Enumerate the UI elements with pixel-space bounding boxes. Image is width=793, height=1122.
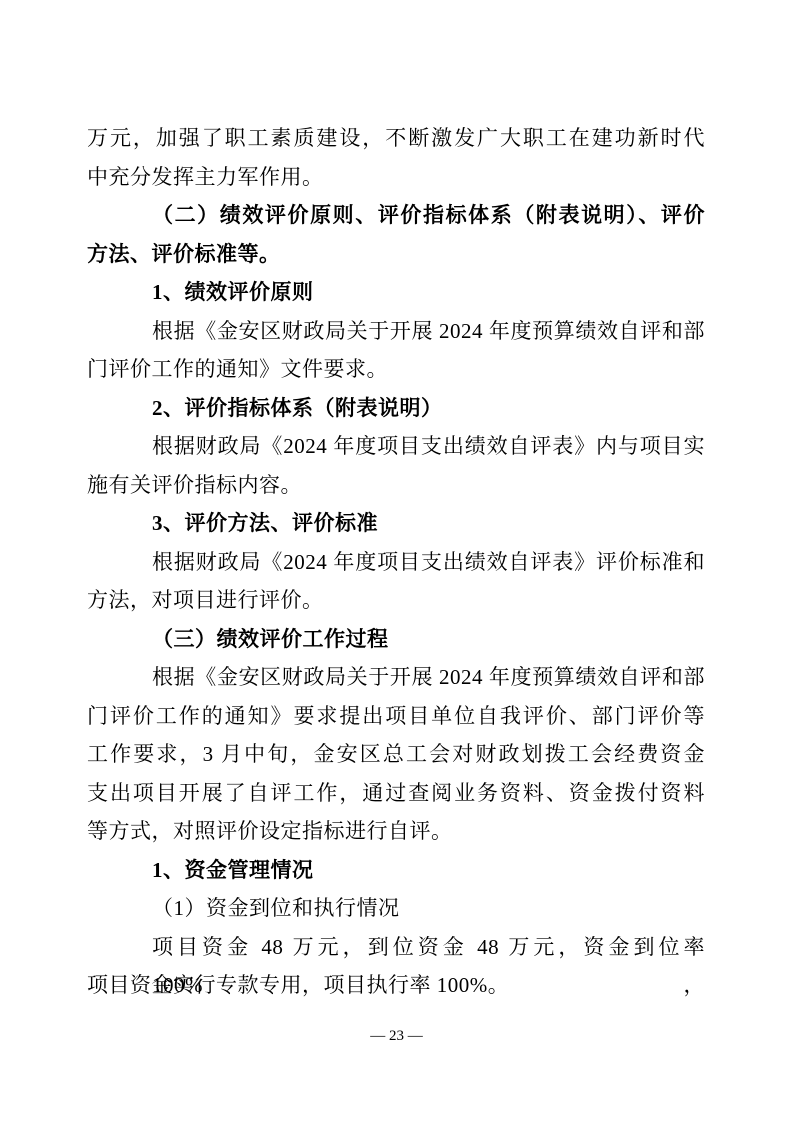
- subheading-line: （1）资金到位和执行情况: [87, 889, 705, 928]
- page-number: — 23 —: [0, 1026, 793, 1046]
- heading-line: 2、评价指标体系（附表说明）: [87, 389, 705, 428]
- heading-line: （二）绩效评价原则、评价指标体系（附表说明）、评价: [87, 196, 705, 235]
- body-line: 方法，对项目进行评价。: [87, 581, 705, 620]
- body-line: 根据《金安区财政局关于开展 2024 年度预算绩效自评和部: [87, 312, 705, 351]
- body-line: 根据财政局《2024 年度项目支出绩效自评表》内与项目实: [87, 427, 705, 466]
- heading-line: 1、资金管理情况: [87, 851, 705, 890]
- heading-line: 3、评价方法、评价标准: [87, 504, 705, 543]
- body-line: 支出项目开展了自评工作，通过查阅业务资料、资金拨付资料: [87, 774, 705, 813]
- body-line: 等方式，对照评价设定指标进行自评。: [87, 812, 705, 851]
- body-line: 项目资金 48 万元，到位资金 48 万元，资金到位率 100%，: [87, 928, 705, 967]
- body-line: 中充分发挥主力军作用。: [87, 158, 705, 197]
- body-line: 根据财政局《2024 年度项目支出绩效自评表》评价标准和: [87, 543, 705, 582]
- document-body: 万元，加强了职工素质建设，不断激发广大职工在建功新时代 中充分发挥主力军作用。 …: [87, 119, 705, 1005]
- document-page: 万元，加强了职工素质建设，不断激发广大职工在建功新时代 中充分发挥主力军作用。 …: [0, 0, 793, 1122]
- heading-line: 方法、评价标准等。: [87, 235, 705, 274]
- body-line: 工作要求，3 月中旬，金安区总工会对财政划拨工会经费资金: [87, 735, 705, 774]
- body-line: 万元，加强了职工素质建设，不断激发广大职工在建功新时代: [87, 119, 705, 158]
- body-line: 根据《金安区财政局关于开展 2024 年度预算绩效自评和部: [87, 658, 705, 697]
- body-line: 门评价工作的通知》文件要求。: [87, 350, 705, 389]
- body-line: 门评价工作的通知》要求提出项目单位自我评价、部门评价等: [87, 697, 705, 736]
- body-line: 施有关评价指标内容。: [87, 466, 705, 505]
- heading-line: （三）绩效评价工作过程: [87, 620, 705, 659]
- heading-line: 1、绩效评价原则: [87, 273, 705, 312]
